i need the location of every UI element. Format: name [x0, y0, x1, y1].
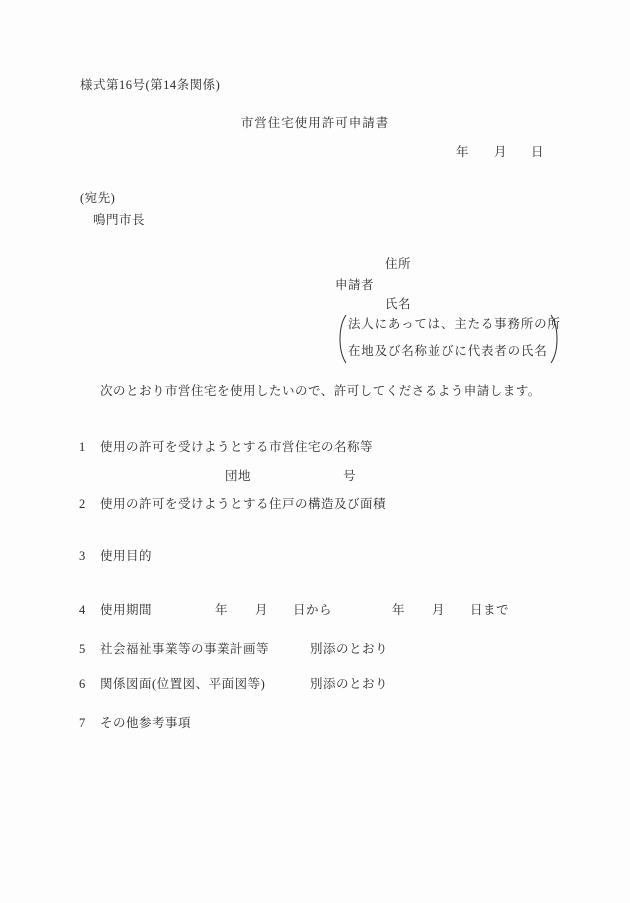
item-3-label: 使用目的 — [100, 550, 152, 563]
period-from-month-label: 月 — [255, 604, 268, 617]
danchi-suffix-label: 団地 — [225, 470, 251, 483]
addressee-prefix: (宛先) — [80, 192, 115, 205]
item-2-label: 使用の許可を受けようとする住戸の構造及び面積 — [100, 498, 386, 511]
go-suffix-label: 号 — [343, 470, 356, 483]
item-6-label: 関係図面(位置図、平面図等) — [100, 678, 265, 691]
corporate-note-line1: 法人にあっては、主たる事務所の所 — [348, 318, 561, 331]
form-number: 様式第16号(第14条関係) — [80, 79, 220, 92]
item-4-label: 使用期間 — [100, 604, 152, 617]
applicant-address-label: 住所 — [385, 258, 411, 271]
applicant-role-label: 申請者 — [335, 279, 374, 292]
corporate-note-line2: 在地及び名称並びに代表者の氏名 — [348, 345, 548, 358]
date-year-label: 年 — [456, 146, 469, 159]
item-2-number: 2 — [79, 498, 86, 511]
item-3-number: 3 — [79, 550, 86, 563]
item-6-number: 6 — [79, 678, 86, 691]
application-form-page: 様式第16号(第14条関係) 市営住宅使用許可申請書 年 月 日 (宛先) 鳴門… — [0, 0, 630, 903]
period-to-year-label: 年 — [392, 604, 405, 617]
addressee-name: 鳴門市長 — [93, 214, 145, 227]
applicant-name-label: 氏名 — [385, 298, 411, 311]
page-title: 市営住宅使用許可申請書 — [0, 117, 630, 130]
item-1-number: 1 — [79, 441, 86, 454]
item-5-value: 別添のとおり — [310, 643, 388, 656]
period-from-day-label: 日から — [293, 604, 332, 617]
item-6-value: 別添のとおり — [310, 678, 388, 691]
item-7-label: その他参考事項 — [100, 717, 191, 730]
period-to-day-label: 日まで — [470, 604, 509, 617]
item-1-label: 使用の許可を受けようとする市営住宅の名称等 — [100, 441, 373, 454]
left-bracket — [335, 314, 349, 364]
item-5-label: 社会福祉事業等の事業計画等 — [100, 643, 269, 656]
declaration-text: 次のとおり市営住宅を使用したいので、許可してくださるよう申請します。 — [100, 385, 541, 398]
right-bracket — [548, 314, 562, 364]
date-month-label: 月 — [494, 146, 507, 159]
period-to-month-label: 月 — [432, 604, 445, 617]
date-day-label: 日 — [531, 146, 544, 159]
item-7-number: 7 — [79, 717, 86, 730]
item-4-number: 4 — [79, 604, 86, 617]
period-from-year-label: 年 — [215, 604, 228, 617]
item-5-number: 5 — [79, 643, 86, 656]
